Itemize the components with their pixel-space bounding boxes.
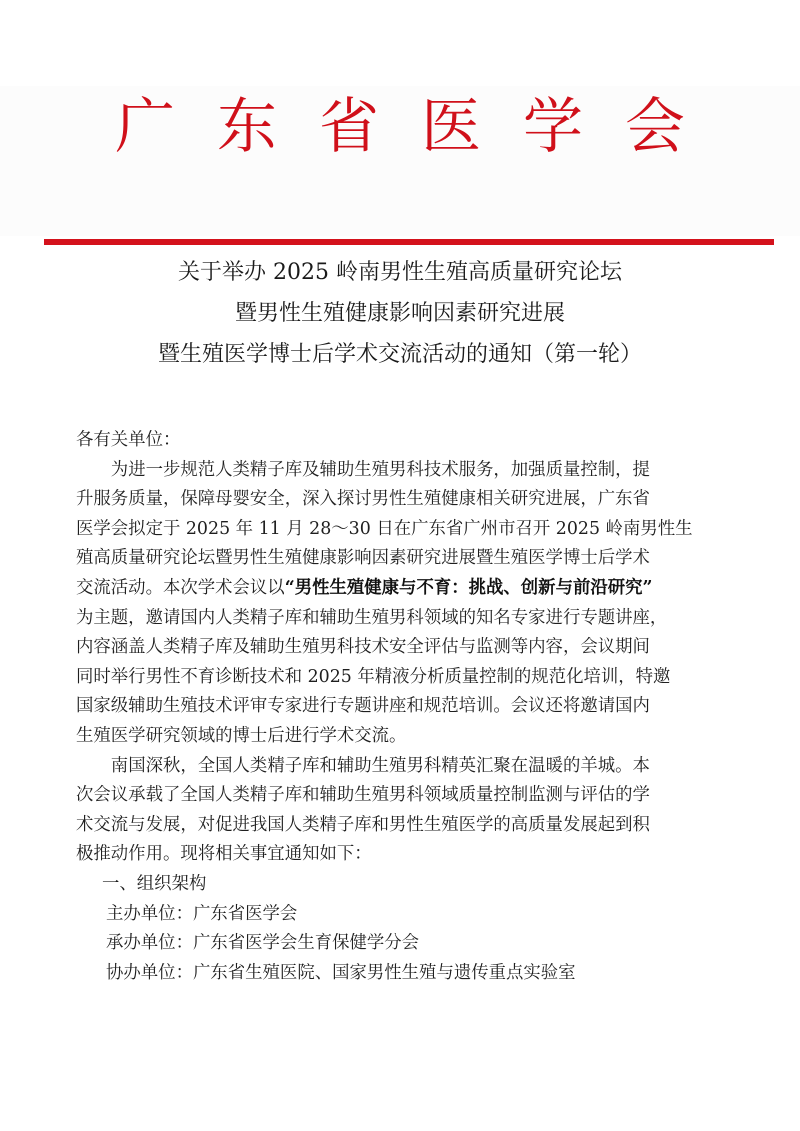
org-label: 协办单位： [106, 963, 193, 983]
org-value: 广东省生殖医院、国家男性生殖与遗传重点实验室 [193, 963, 576, 983]
salutation: 各有关单位： [76, 426, 726, 456]
org-row-organizer: 承办单位：广东省医学会生育保健学分会 [76, 929, 726, 959]
org-row-co-organizer: 协办单位：广东省生殖医院、国家男性生殖与遗传重点实验室 [76, 959, 726, 989]
paragraph-line: 为进一步规范人类精子库及辅助生殖男科技术服务，加强质量控制，提 [76, 456, 726, 486]
paragraph-line: 殖高质量研究论坛暨男性生殖健康影响因素研究进展暨生殖医学博士后学术 [76, 544, 726, 574]
org-value: 广东省医学会生育保健学分会 [193, 933, 419, 953]
paragraph-intro: 为进一步规范人类精子库及辅助生殖男科技术服务，加强质量控制，提 升服务质量，保障… [76, 456, 726, 752]
title-line-2: 暨男性生殖健康影响因素研究进展 [0, 293, 800, 334]
paragraph-line: 国家级辅助生殖技术评审专家进行专题讲座和规范培训。会议还将邀请国内 [76, 692, 726, 722]
title-line-3: 暨生殖医学博士后学术交流活动的通知（第一轮） [0, 334, 800, 375]
conference-theme: “男性生殖健康与不育：挑战、创新与前沿研究” [285, 578, 653, 598]
paragraph-line: 术交流与发展，对促进我国人类精子库和男性生殖医学的高质量发展起到积 [76, 811, 726, 841]
letterhead-red-rule [44, 239, 774, 245]
org-label: 承办单位： [106, 933, 193, 953]
letterhead-organization-name: 广东省医学会 [0, 92, 800, 162]
paragraph-line: 生殖医学研究领域的博士后进行学术交流。 [76, 722, 726, 752]
paragraph-line: 交流活动。本次学术会议以“男性生殖健康与不育：挑战、创新与前沿研究” [76, 574, 726, 604]
org-label: 主办单位： [106, 904, 193, 924]
theme-prefix: 交流活动。本次学术会议以 [76, 578, 285, 598]
section-heading-organization: 一、组织架构 [76, 870, 726, 900]
paragraph-line: 南国深秋，全国人类精子库和辅助生殖男科精英汇聚在温暖的羊城。本 [76, 752, 726, 782]
paragraph-line: 同时举行男性不育诊断技术和 2025 年精液分析质量控制的规范化培训，特邀 [76, 663, 726, 693]
title-line-1: 关于举办 2025 岭南男性生殖高质量研究论坛 [0, 252, 800, 293]
document-title: 关于举办 2025 岭南男性生殖高质量研究论坛 暨男性生殖健康影响因素研究进展 … [0, 252, 800, 375]
paragraph-line: 次会议承载了全国人类精子库和辅助生殖男科领域质量控制监测与评估的学 [76, 781, 726, 811]
org-row-host: 主办单位：广东省医学会 [76, 900, 726, 930]
paragraph-line: 医学会拟定于 2025 年 11 月 28～30 日在广东省广州市召开 2025… [76, 515, 726, 545]
paragraph-line: 极推动作用。现将相关事宜通知如下： [76, 840, 726, 870]
document-body: 各有关单位： 为进一步规范人类精子库及辅助生殖男科技术服务，加强质量控制，提 升… [76, 426, 726, 988]
paragraph-line: 内容涵盖人类精子库及辅助生殖男科技术安全评估与监测等内容，会议期间 [76, 633, 726, 663]
paragraph-context: 南国深秋，全国人类精子库和辅助生殖男科精英汇聚在温暖的羊城。本 次会议承载了全国… [76, 752, 726, 870]
org-value: 广东省医学会 [193, 904, 297, 924]
paragraph-line: 升服务质量，保障母婴安全，深入探讨男性生殖健康相关研究进展，广东省 [76, 485, 726, 515]
paragraph-line: 为主题，邀请国内人类精子库和辅助生殖男科领域的知名专家进行专题讲座， [76, 604, 726, 634]
